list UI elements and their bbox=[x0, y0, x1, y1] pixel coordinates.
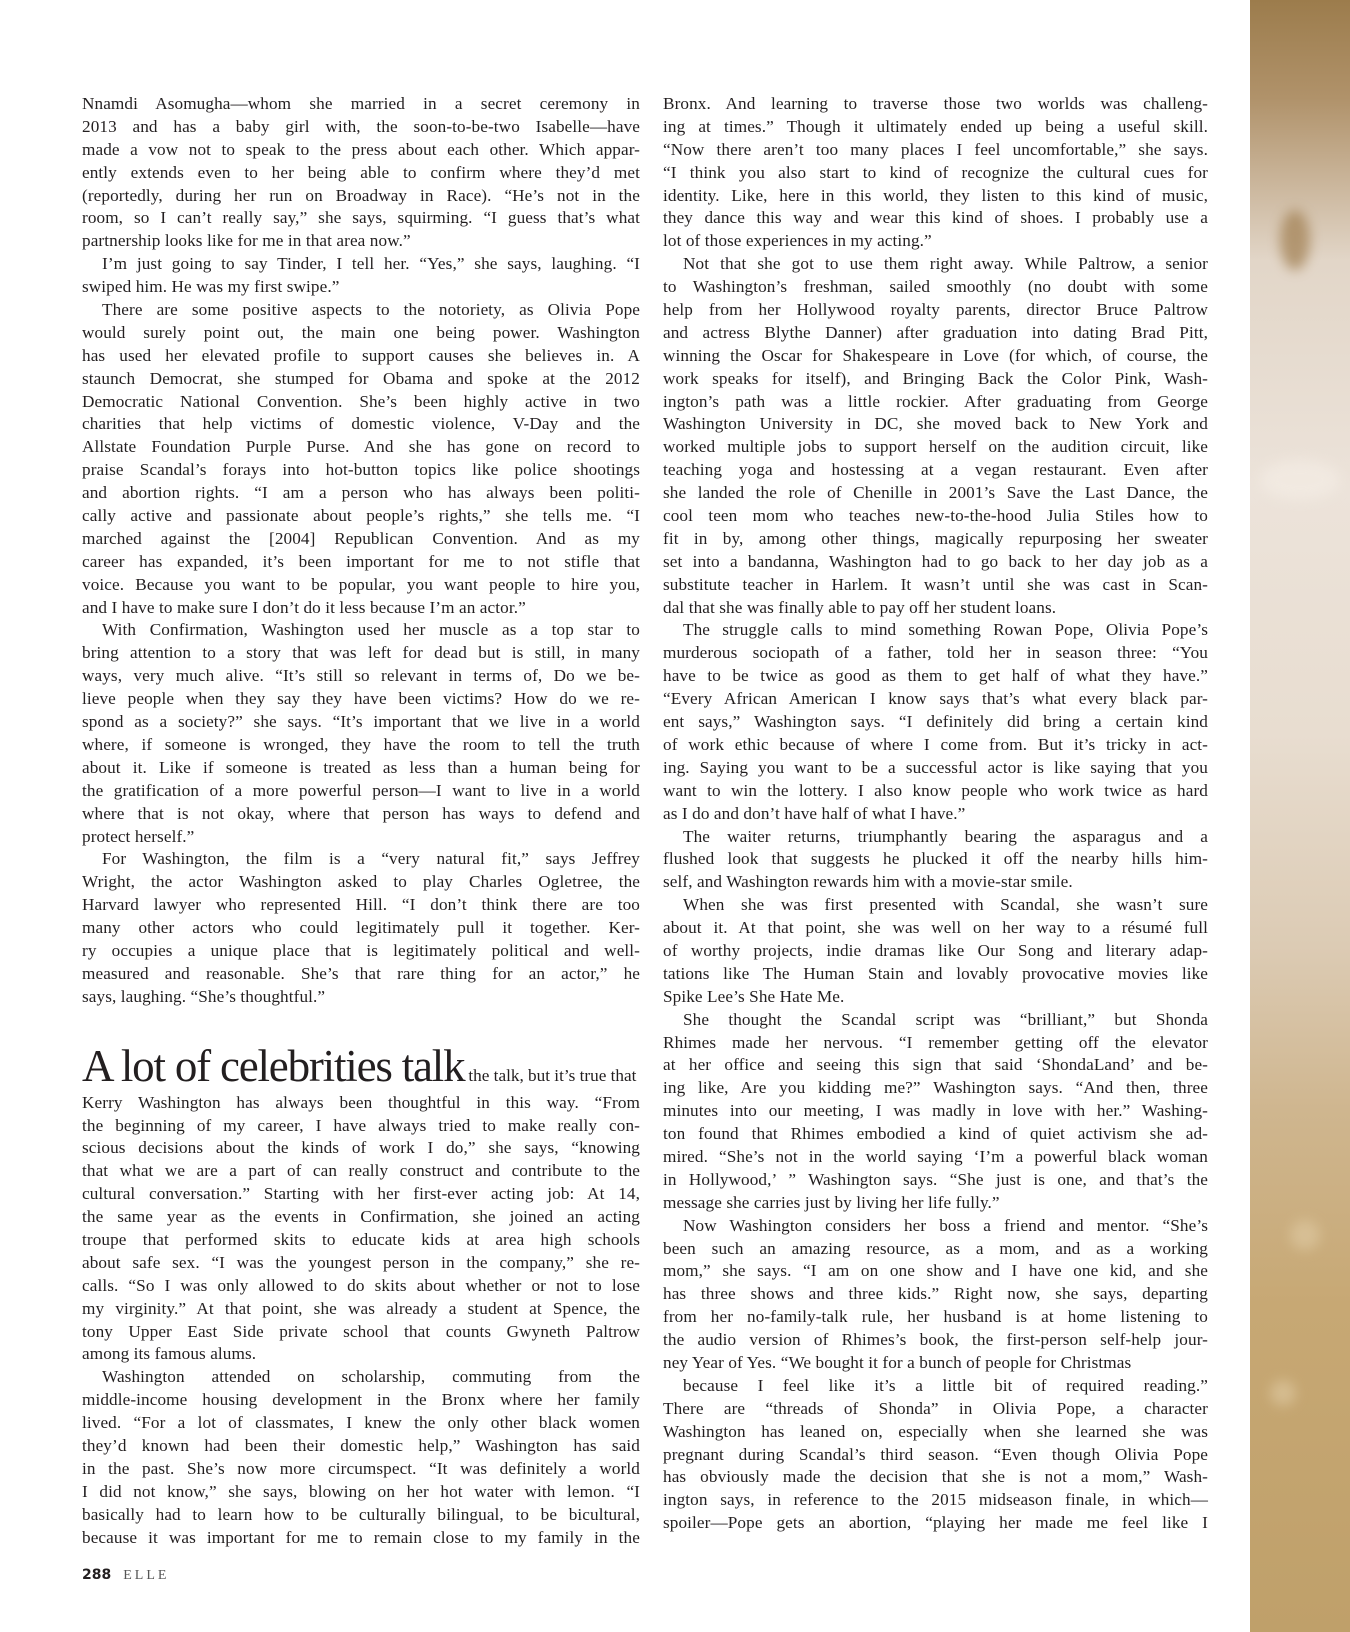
text-line: flushed look that suggests he plucked it… bbox=[663, 848, 1208, 871]
page-footer: 288 ELLE bbox=[82, 1567, 169, 1584]
text-line: has used her elevated profile to support… bbox=[82, 345, 640, 368]
text-line: and I have to make sure I don’t do it le… bbox=[82, 597, 640, 620]
text-line: charities that help victims of domestic … bbox=[82, 413, 640, 436]
article-column-1: Nnamdi Asomugha—whom she married in a se… bbox=[82, 93, 640, 1549]
text-line: Rhimes made her nervous. “I remember get… bbox=[663, 1032, 1208, 1055]
text-line: cool teen mom who teaches new-to-the-hoo… bbox=[663, 505, 1208, 528]
text-line: middle-income housing development in the… bbox=[82, 1389, 640, 1412]
text-line: room, so I can’t really say,” she says, … bbox=[82, 207, 640, 230]
text-line: among its famous alums. bbox=[82, 1343, 640, 1366]
text-line: She thought the Scandal script was “bril… bbox=[663, 1009, 1208, 1032]
text-line: staunch Democrat, she stumped for Obama … bbox=[82, 368, 640, 391]
text-line: that what we are a part of can really co… bbox=[82, 1160, 640, 1183]
text-line: Nnamdi Asomugha—whom she married in a se… bbox=[82, 93, 640, 116]
text-line: “I think you also start to kind of recog… bbox=[663, 162, 1208, 185]
text-line: Washington University in DC, she moved b… bbox=[663, 413, 1208, 436]
text-line: With Confirmation, Washington used her m… bbox=[82, 619, 640, 642]
text-line: because I feel like it’s a little bit of… bbox=[663, 1375, 1208, 1398]
text-line: the audio version of Rhimes’s book, the … bbox=[663, 1329, 1208, 1352]
text-line: troupe that performed skits to educate k… bbox=[82, 1229, 640, 1252]
text-line: praise Scandal’s forays into hot-button … bbox=[82, 459, 640, 482]
text-line: Not that she got to use them right away.… bbox=[663, 253, 1208, 276]
text-line: have to be twice as good as them to get … bbox=[663, 665, 1208, 688]
text-line: voice. Because you want to be popular, y… bbox=[82, 574, 640, 597]
text-line: murderous sociopath of a father, told he… bbox=[663, 642, 1208, 665]
text-line: help from her Hollywood royalty parents,… bbox=[663, 299, 1208, 322]
text-line: Spike Lee’s She Hate Me. bbox=[663, 986, 1208, 1009]
text-line: ney Year of Yes. “We bought it for a bun… bbox=[663, 1352, 1208, 1375]
photo-detail bbox=[1260, 460, 1340, 500]
text-line: ing at times.” Though it ultimately ende… bbox=[663, 116, 1208, 139]
text-line: 2013 and has a baby girl with, the soon-… bbox=[82, 116, 640, 139]
text-line: ton found that Rhimes embodied a kind of… bbox=[663, 1123, 1208, 1146]
text-line: substitute teacher in Harlem. It wasn’t … bbox=[663, 574, 1208, 597]
headline-large-text: A lot of celebrities talk bbox=[82, 1041, 464, 1091]
text-line: career has expanded, it’s been important… bbox=[82, 551, 640, 574]
text-line: ing. Saying you want to be a successful … bbox=[663, 757, 1208, 780]
text-line: message she carries just by living her l… bbox=[663, 1192, 1208, 1215]
text-line: the beginning of my career, I have alway… bbox=[82, 1115, 640, 1138]
text-line: made a vow not to speak to the press abo… bbox=[82, 139, 640, 162]
text-line: protect herself.” bbox=[82, 826, 640, 849]
text-line: has three shows and three kids.” Right n… bbox=[663, 1283, 1208, 1306]
text-line: “Now there aren’t too many places I feel… bbox=[663, 139, 1208, 162]
text-line: the same year as the events in Confirmat… bbox=[82, 1206, 640, 1229]
text-line: swiped him. He was my first swipe.” bbox=[82, 276, 640, 299]
text-line: the gratification of a more powerful per… bbox=[82, 780, 640, 803]
text-line: set into a bandanna, Washington had to g… bbox=[663, 551, 1208, 574]
text-line: (reportedly, during her run on Broadway … bbox=[82, 185, 640, 208]
text-line: Washington has leaned on, especially whe… bbox=[663, 1421, 1208, 1444]
text-line: worked multiple jobs to support herself … bbox=[663, 436, 1208, 459]
text-line: tations like The Human Stain and lovably… bbox=[663, 963, 1208, 986]
text-line: and abortion rights. “I am a person who … bbox=[82, 482, 640, 505]
text-line: winning the Oscar for Shakespeare in Lov… bbox=[663, 345, 1208, 368]
text-line: many other actors who could legitimately… bbox=[82, 917, 640, 940]
text-line: about safe sex. “I was the youngest pers… bbox=[82, 1252, 640, 1275]
page-number: 288 bbox=[82, 1567, 111, 1583]
text-line: Wright, the actor Washington asked to pl… bbox=[82, 871, 640, 894]
text-line: mom,” she says. “I am on one show and I … bbox=[663, 1260, 1208, 1283]
article-column-2: Bronx. And learning to traverse those tw… bbox=[663, 93, 1208, 1535]
text-line: cultural conversation.” Starting with he… bbox=[82, 1183, 640, 1206]
text-line: The waiter returns, triumphantly bearing… bbox=[663, 826, 1208, 849]
text-line: ington’s path was a little rockier. Afte… bbox=[663, 391, 1208, 414]
text-line: from her no-family-talk rule, her husban… bbox=[663, 1306, 1208, 1329]
text-line: my virginity.” At that point, she was al… bbox=[82, 1298, 640, 1321]
text-line: Allstate Foundation Purple Purse. And sh… bbox=[82, 436, 640, 459]
text-line: ry occupies a unique place that is legit… bbox=[82, 940, 640, 963]
text-line: cally active and passionate about people… bbox=[82, 505, 640, 528]
text-line: to Washington’s freshman, sailed smoothl… bbox=[663, 276, 1208, 299]
text-line: I did not know,” she says, blowing on he… bbox=[82, 1481, 640, 1504]
text-line: The struggle calls to mind something Row… bbox=[663, 619, 1208, 642]
text-line: she landed the role of Chenille in 2001’… bbox=[663, 482, 1208, 505]
text-line: tony Upper East Side private school that… bbox=[82, 1321, 640, 1344]
text-line: about it. Like if someone is treated as … bbox=[82, 757, 640, 780]
text-line: at her office and seeing this sign that … bbox=[663, 1054, 1208, 1077]
text-line: lived. “For a lot of classmates, I knew … bbox=[82, 1412, 640, 1435]
text-line: lieve people when they say they have bee… bbox=[82, 688, 640, 711]
text-line: they’d known had been their domestic hel… bbox=[82, 1435, 640, 1458]
text-line: When she was first presented with Scanda… bbox=[663, 894, 1208, 917]
text-line: measured and reasonable. She’s that rare… bbox=[82, 963, 640, 986]
photo-detail bbox=[1280, 210, 1310, 270]
text-line: identity. Like, here in this world, they… bbox=[663, 185, 1208, 208]
text-line: Now Washington considers her boss a frie… bbox=[663, 1215, 1208, 1238]
text-line: Kerry Washington has always been thought… bbox=[82, 1092, 640, 1115]
text-line: bring attention to a story that was left… bbox=[82, 642, 640, 665]
text-line: of worthy projects, indie dramas like Ou… bbox=[663, 940, 1208, 963]
text-line: ways, very much alive. “It’s still so re… bbox=[82, 665, 640, 688]
text-line: because it was important for me to remai… bbox=[82, 1527, 640, 1550]
text-line: as I do and don’t have half of what I ha… bbox=[663, 803, 1208, 826]
text-line: basically had to learn how to be cultura… bbox=[82, 1504, 640, 1527]
text-line: dal that she was finally able to pay off… bbox=[663, 597, 1208, 620]
text-line: ent says,” Washington says. “I definitel… bbox=[663, 711, 1208, 734]
magazine-name: ELLE bbox=[123, 1568, 169, 1584]
text-line: ington says, in reference to the 2015 mi… bbox=[663, 1489, 1208, 1512]
text-line: want to win the lottery. I also know peo… bbox=[663, 780, 1208, 803]
text-line: pregnant during Scandal’s third season. … bbox=[663, 1444, 1208, 1467]
text-line: Democratic National Convention. She’s be… bbox=[82, 391, 640, 414]
text-line: There are some positive aspects to the n… bbox=[82, 299, 640, 322]
text-line: calls. “So I was only allowed to do skit… bbox=[82, 1275, 640, 1298]
text-line: marched against the [2004] Republican Co… bbox=[82, 528, 640, 551]
text-line: spoiler—Pope gets an abortion, “playing … bbox=[663, 1512, 1208, 1535]
photo-strip-edge bbox=[1250, 0, 1350, 1632]
text-line: in Hollywood,’ ” Washington says. “She j… bbox=[663, 1169, 1208, 1192]
text-line: I’m just going to say Tinder, I tell her… bbox=[82, 253, 640, 276]
text-line: been such an amazing resource, as a mom,… bbox=[663, 1238, 1208, 1261]
section-gap bbox=[82, 1009, 640, 1040]
text-line: For Washington, the film is a “very natu… bbox=[82, 848, 640, 871]
text-line: ently extends even to her being able to … bbox=[82, 162, 640, 185]
text-line: partnership looks like for me in that ar… bbox=[82, 230, 640, 253]
text-line: and actress Blythe Danner) after graduat… bbox=[663, 322, 1208, 345]
text-line: in the past. She’s now more circumspect.… bbox=[82, 1458, 640, 1481]
text-line: minutes into our meeting, I was madly in… bbox=[663, 1100, 1208, 1123]
text-line: Washington attended on scholarship, comm… bbox=[82, 1366, 640, 1389]
text-line: spond as a society?” she says. “It’s imp… bbox=[82, 711, 640, 734]
text-line: of work ethic because of where I come fr… bbox=[663, 734, 1208, 757]
text-line: “Every African American I know says that… bbox=[663, 688, 1208, 711]
text-line: self, and Washington rewards him with a … bbox=[663, 871, 1208, 894]
photo-detail bbox=[1270, 1380, 1296, 1406]
text-line: would surely point out, the main one bei… bbox=[82, 322, 640, 345]
text-line: ing like, Are you kidding me?” Washingto… bbox=[663, 1077, 1208, 1100]
text-line: scious decisions about the kinds of work… bbox=[82, 1137, 640, 1160]
text-line: where that is not okay, where that perso… bbox=[82, 803, 640, 826]
text-line: work speaks for itself), and Bringing Ba… bbox=[663, 368, 1208, 391]
text-line: has obviously made the decision that she… bbox=[663, 1466, 1208, 1489]
text-line: mired. “She’s not in the world saying ‘I… bbox=[663, 1146, 1208, 1169]
text-line: fit in by, among other things, magically… bbox=[663, 528, 1208, 551]
text-line: teaching yoga and hostessing at a vegan … bbox=[663, 459, 1208, 482]
text-line: says, laughing. “She’s thoughtful.” bbox=[82, 986, 640, 1009]
text-line: Bronx. And learning to traverse those tw… bbox=[663, 93, 1208, 116]
photo-detail bbox=[1290, 1220, 1320, 1250]
text-line: where, if someone is wronged, they have … bbox=[82, 734, 640, 757]
section-headline: A lot of celebrities talk the talk, but … bbox=[82, 1040, 640, 1092]
text-line: There are “threads of Shonda” in Olivia … bbox=[663, 1398, 1208, 1421]
text-line: they dance this way and wear this kind o… bbox=[663, 207, 1208, 230]
text-line: Harvard lawyer who represented Hill. “I … bbox=[82, 894, 640, 917]
headline-continuation: the talk, but it’s true that bbox=[468, 1066, 636, 1085]
text-line: lot of those experiences in my acting.” bbox=[663, 230, 1208, 253]
text-line: about it. At that point, she was well on… bbox=[663, 917, 1208, 940]
